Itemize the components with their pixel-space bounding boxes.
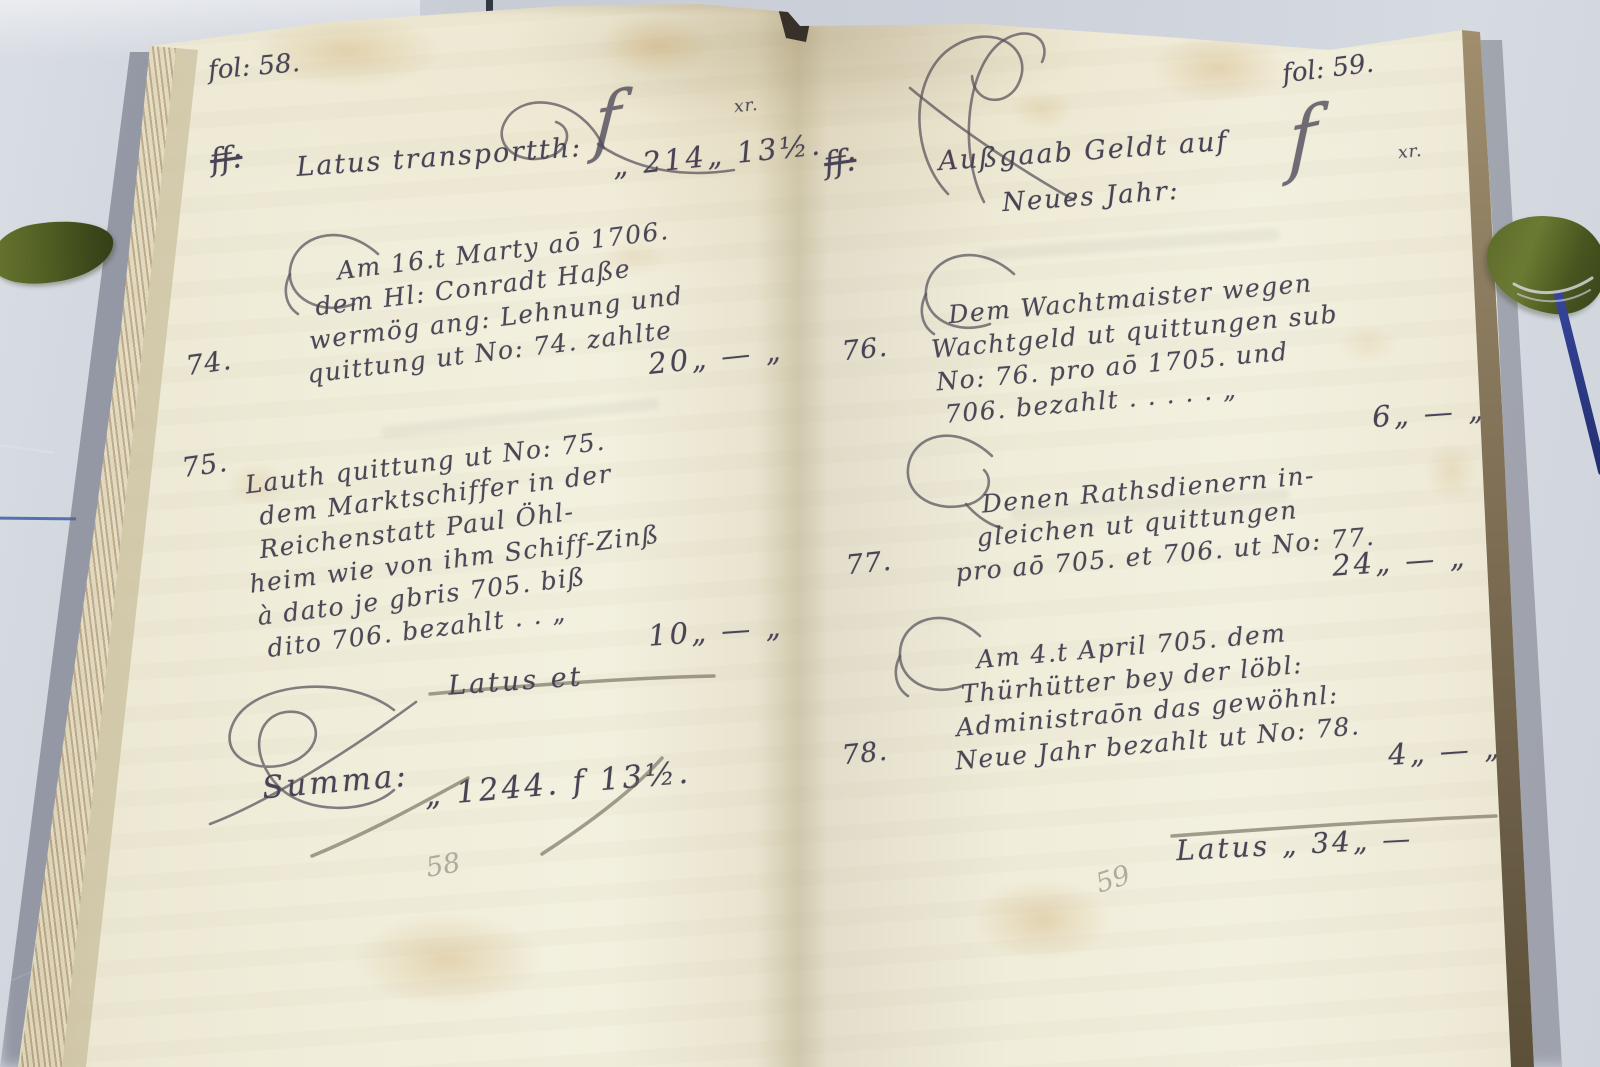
kreuzer-sign: xr.	[1397, 141, 1423, 163]
summa-slash-strokes	[310, 776, 670, 860]
heading-monogram-icon	[882, 24, 1082, 209]
table-scratch	[0, 444, 54, 453]
ribbon-tie-left	[0, 215, 117, 289]
kreuzer-sign: xr.	[733, 95, 759, 117]
foxing-stain	[596, 16, 716, 76]
foxing-stain	[352, 912, 542, 1008]
foxing-stain	[1338, 324, 1398, 364]
foxing-stain	[1148, 32, 1288, 104]
margin-florin-mark: ff:	[822, 142, 859, 182]
pencil-folio-left: 58	[424, 847, 463, 883]
entry-number: 77.	[845, 546, 894, 582]
table-blue-line	[0, 517, 76, 521]
entry-number: 75.	[180, 447, 230, 484]
ribbon-threads	[1508, 250, 1598, 320]
florin-sign: f	[1287, 96, 1318, 182]
open-book: fol: 58. ff: Latus transportth: f xr. „ …	[0, 0, 1600, 1067]
margin-florin-mark: ff:	[208, 139, 245, 179]
foxing-stain	[972, 878, 1112, 962]
foxing-stain	[1424, 440, 1478, 502]
entry-number: 78.	[841, 736, 890, 772]
entry-number: 74.	[184, 345, 234, 382]
entry-number: 76.	[841, 332, 890, 368]
photo-of-open-ledger-book: fol: 58. ff: Latus transportth: f xr. „ …	[0, 0, 1600, 1067]
